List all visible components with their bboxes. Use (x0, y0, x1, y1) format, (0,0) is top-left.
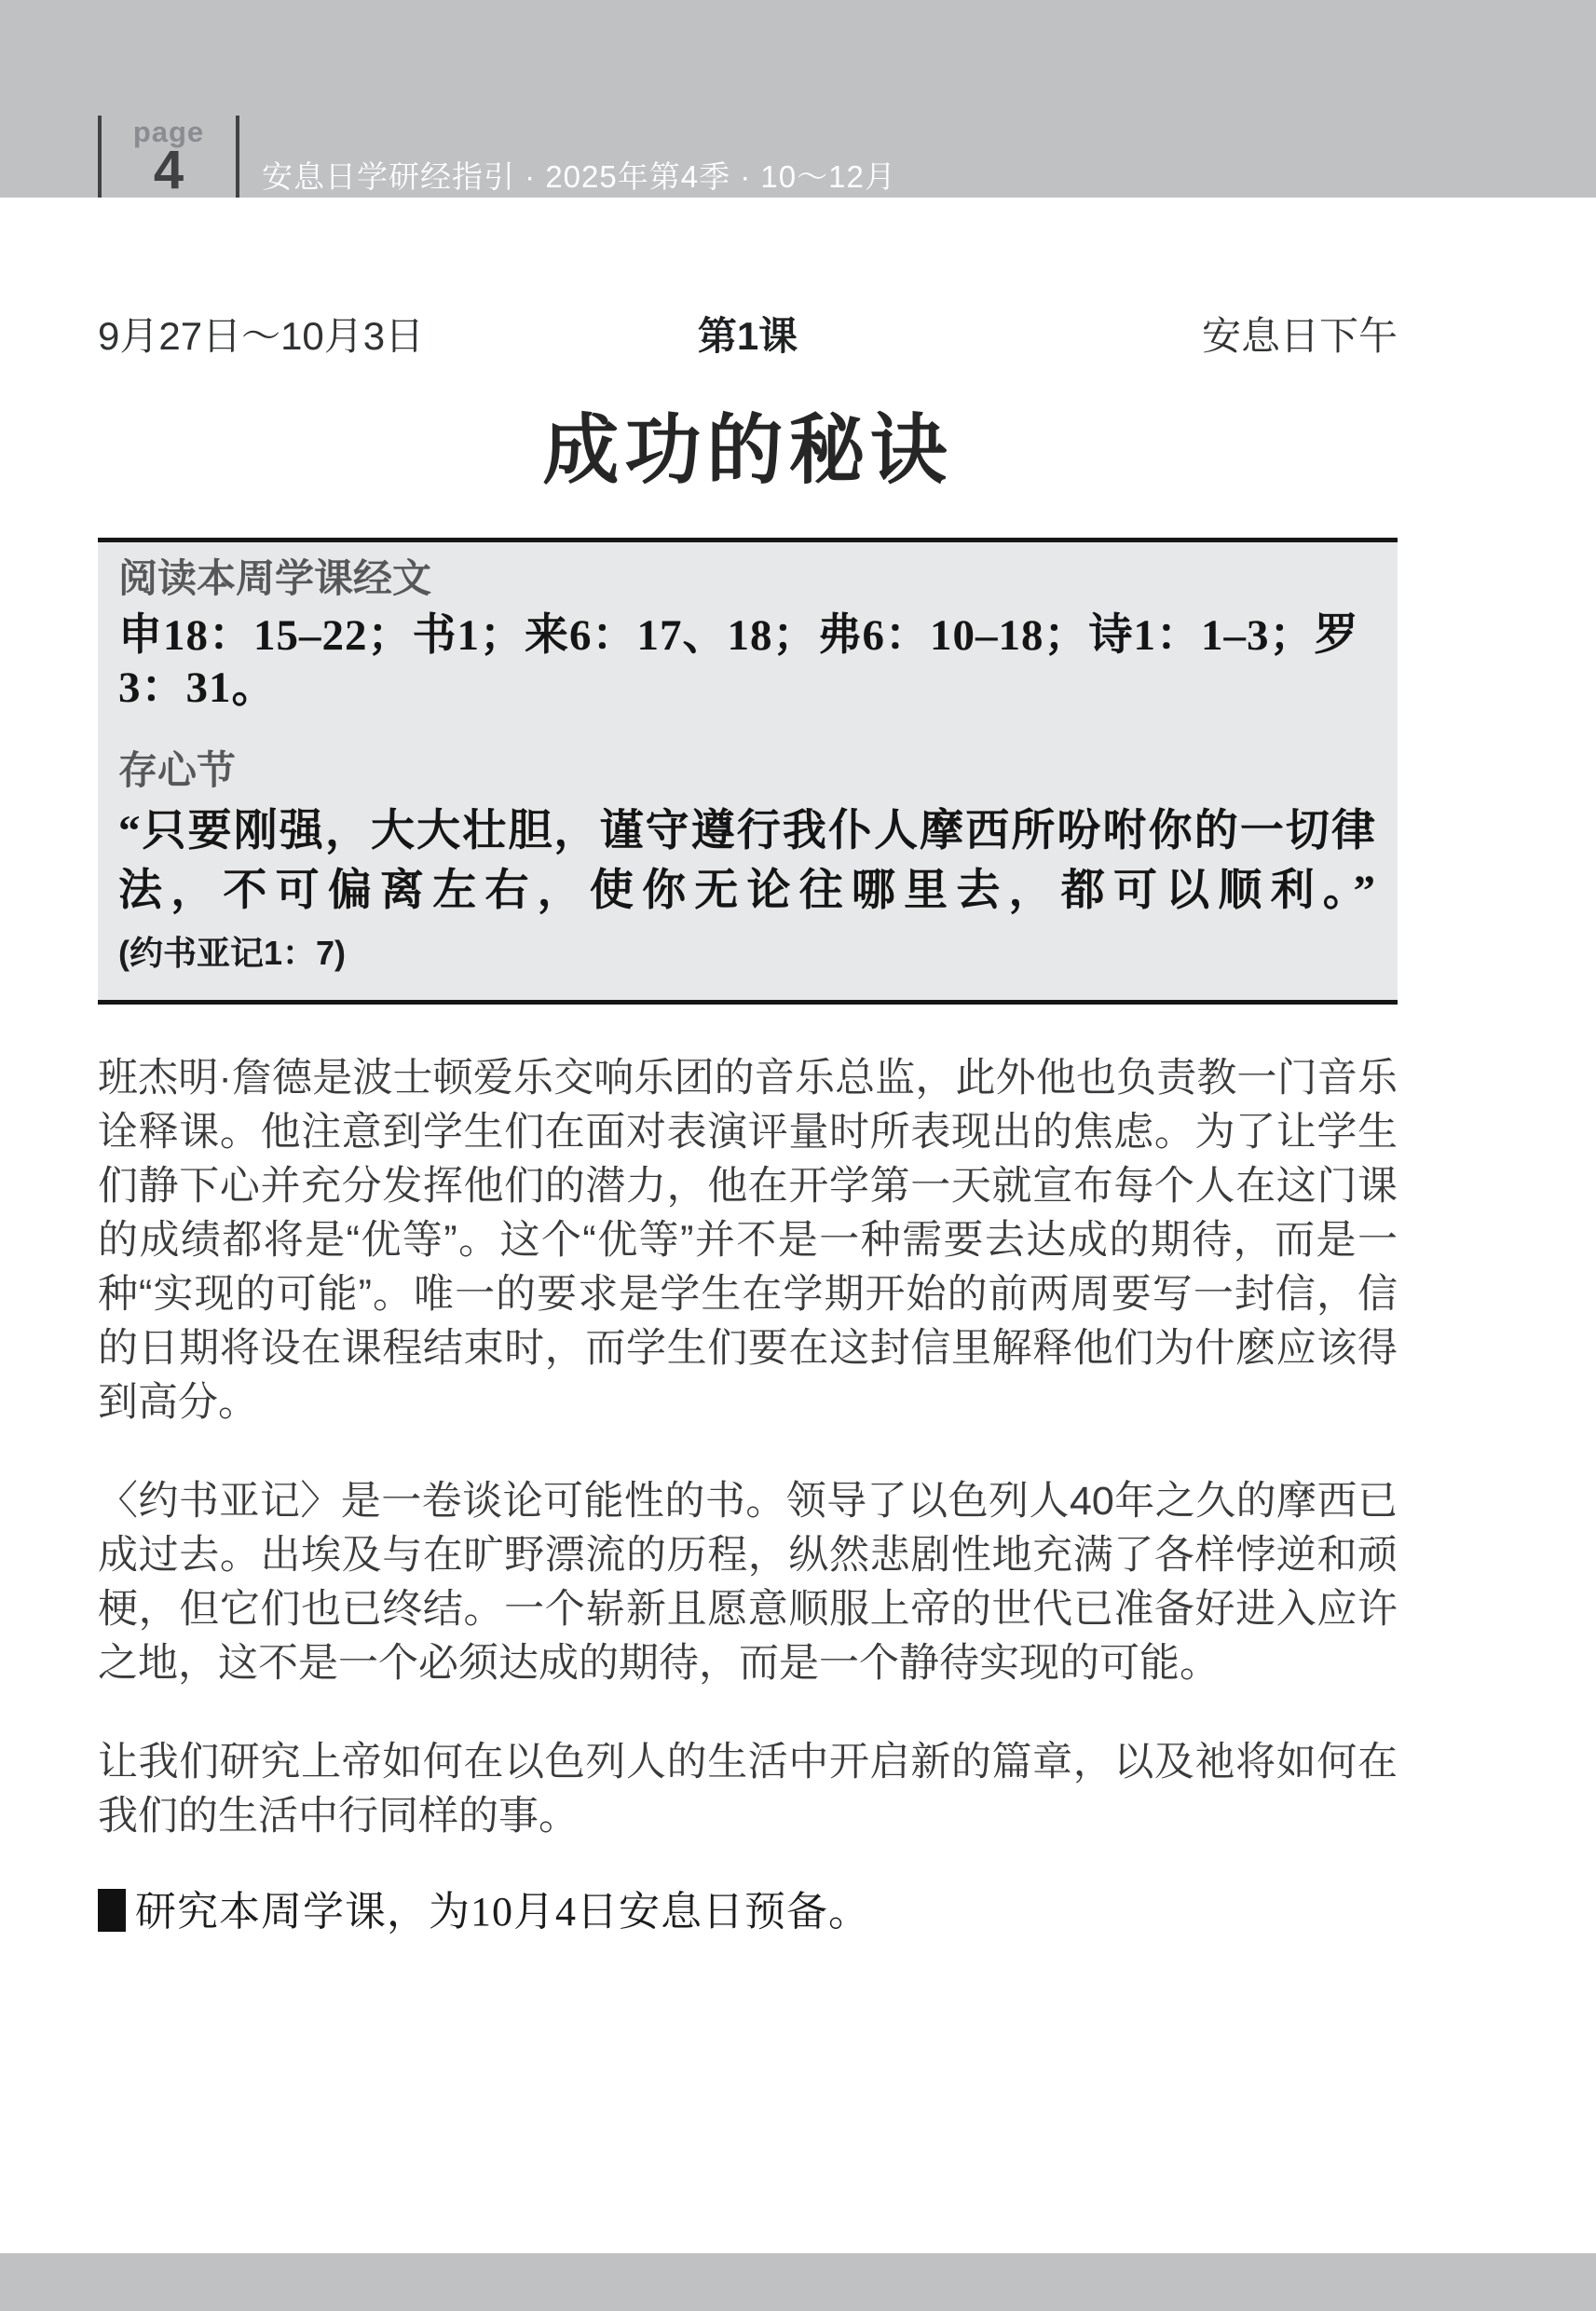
page-number: 4 (102, 146, 236, 195)
body-paragraph: 班杰明·詹德是波士顿爱乐交响乐团的音乐总监，此外他也负责教一门音乐诠释课。他注意… (98, 1051, 1398, 1429)
study-guide-page: page 4 安息日学研经指引 · 2025年第4季 · 10～12月 9月27… (0, 0, 1596, 2311)
reading-references: 申18：15–22；书1；来6：17、18；弗6：10–18；诗1：1–3；罗3… (118, 609, 1375, 714)
study-footnote: 研究本周学课，为10月4日安息日预备。 (98, 1886, 1398, 1938)
lesson-session: 安息日下午 (1202, 313, 1398, 360)
black-square-icon (98, 1889, 126, 1932)
lesson-date-range: 9月27日～10月3日 (98, 313, 424, 360)
memory-verse-text: “只要刚强，大大壮胆，谨守遵行我仆人摩西所吩咐你的一切律法，不可偏离左右，使你无… (118, 807, 1375, 915)
footer-band (0, 2253, 1596, 2311)
body-paragraph: 〈约书亚记〉是一卷谈论可能性的书。领导了以色列人40年之久的摩西已成过去。出埃及… (98, 1474, 1398, 1690)
study-footnote-text: 研究本周学课，为10月4日安息日预备。 (135, 1889, 870, 1935)
scripture-memory-box: 阅读本周学课经文 申18：15–22；书1；来6：17、18；弗6：10–18；… (98, 538, 1398, 1005)
body-paragraph: 让我们研究上帝如何在以色列人的生活中开启新的篇章，以及祂将如何在我们的生活中行同… (98, 1735, 1398, 1843)
lesson-title: 成功的秘诀 (98, 408, 1398, 494)
header-band: page 4 安息日学研经指引 · 2025年第4季 · 10～12月 (0, 0, 1596, 198)
memory-verse-reference: (约书亚记1：7) (118, 934, 346, 972)
edition-title: 安息日学研经指引 · 2025年第4季 · 10～12月 (262, 160, 896, 194)
memory-verse: “只要刚强，大大壮胆，谨守遵行我仆人摩西所吩咐你的一切律法，不可偏离左右，使你无… (118, 801, 1375, 983)
lesson-meta-row: 9月27日～10月3日 第1课 安息日下午 (98, 313, 1398, 362)
reading-label: 阅读本周学课经文 (118, 555, 1375, 602)
page-number-marker: page 4 (98, 116, 239, 198)
lesson-content: 9月27日～10月3日 第1课 安息日下午 成功的秘诀 阅读本周学课经文 申18… (98, 313, 1398, 1938)
memory-verse-label: 存心节 (118, 747, 1375, 794)
